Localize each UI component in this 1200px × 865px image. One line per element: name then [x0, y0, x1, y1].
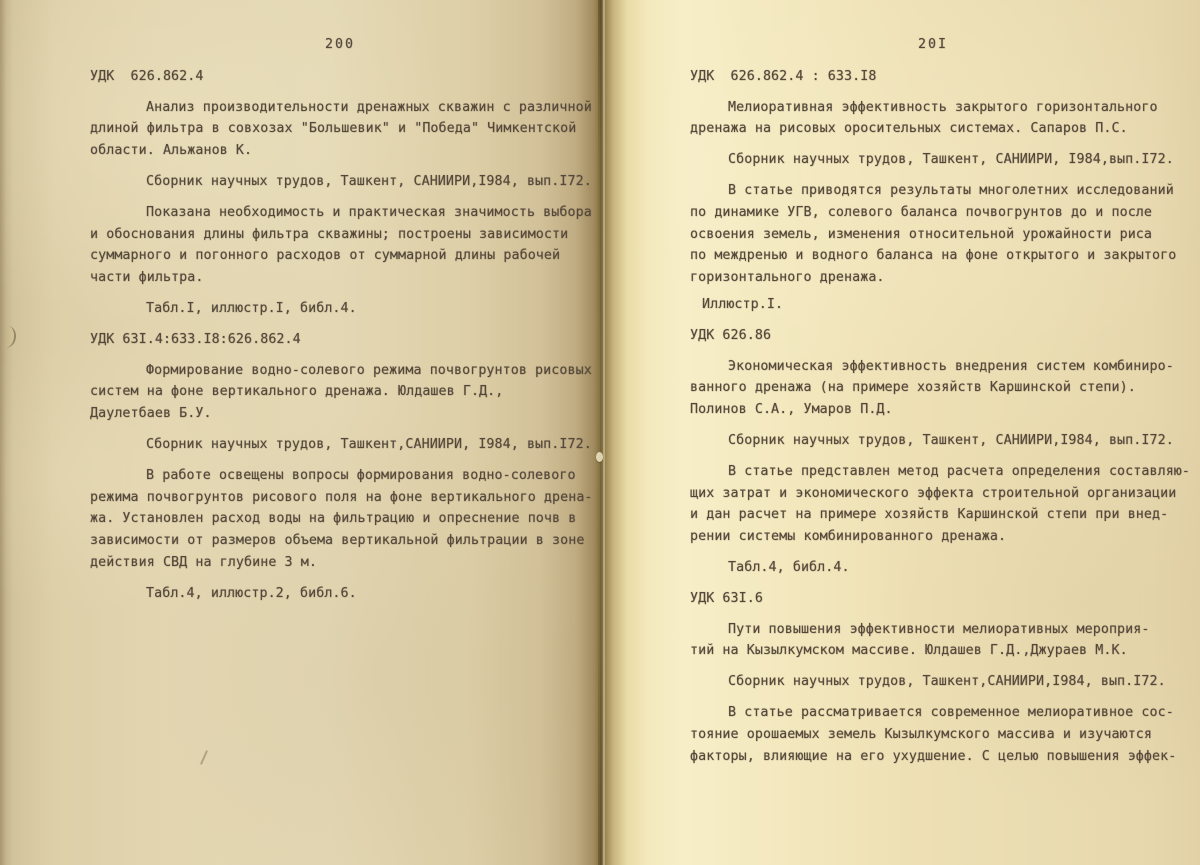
text-block-para: Табл.4, иллюстр.2, библ.6. [90, 583, 590, 605]
text-line: щих затрат и экономического эффекта стро… [690, 483, 1176, 505]
text-line: УДК 626.862.4 [90, 66, 590, 88]
text-block-para: Пути повышения эффективности мелиоративн… [690, 619, 1176, 663]
text-line: В работе освещены вопросы формирования в… [90, 465, 590, 487]
text-line: Показана необходимость и практическая зн… [90, 202, 590, 224]
text-line: освоения земель, изменения относительной… [690, 224, 1176, 246]
text-block-udc: УДК 626.862.4 : 633.I8 [690, 66, 1176, 88]
text-line: Сборник научных трудов, Ташкент, САНИИРИ… [690, 149, 1176, 171]
text-block-udc: УДК 626.86 [690, 325, 1176, 347]
right-page-content: 20I УДК 626.862.4 : 633.I8Мелиоративная … [690, 34, 1176, 776]
text-line: жа. Установлен расход воды на фильтрацию… [90, 508, 590, 530]
text-line: суммарного и погонного расходов от сумма… [90, 245, 590, 267]
text-line: Табл.I, иллюстр.I, библ.4. [90, 298, 590, 320]
text-block-note-small: Иллюстр.I. [690, 294, 1176, 316]
text-line: длиной фильтра в совхозах "Большевик" и … [90, 118, 590, 140]
text-line: зависимости от размеров объема вертикаль… [90, 530, 590, 552]
text-line: Табл.4, библ.4. [690, 557, 1176, 579]
text-line: УДК 63I.6 [690, 588, 1176, 610]
text-line: УДК 626.86 [690, 325, 1176, 347]
text-line: Формирование водно-солевого режима почво… [90, 360, 590, 382]
text-block-udc: УДК 63I.4:633.I8:626.862.4 [90, 329, 590, 351]
text-block-para: Табл.4, библ.4. [690, 557, 1176, 579]
text-line: тий на Кызылкумском массиве. Юлдашев Г.Д… [690, 640, 1176, 662]
left-page-content: 200 УДК 626.862.4Анализ производительнос… [90, 34, 590, 614]
text-block-para: Сборник научных трудов, Ташкент, САНИИРИ… [690, 430, 1176, 452]
text-line: части фильтра. [90, 267, 590, 289]
text-line: В статье представлен метод расчета опред… [690, 461, 1176, 483]
text-line: по динамике УГВ, солевого баланса почвог… [690, 202, 1176, 224]
text-line: по междренью и водного баланса на фоне о… [690, 245, 1176, 267]
text-block-para: Формирование водно-солевого режима почво… [90, 360, 590, 425]
text-block-para: Сборник научных трудов, Ташкент, САНИИРИ… [90, 171, 590, 193]
text-block-para: Мелиоративная эффективность закрытого го… [690, 97, 1176, 141]
text-line: режима почвогрунтов рисового поля на фон… [90, 487, 590, 509]
text-block-para: В статье приводятся результаты многолетн… [690, 180, 1176, 289]
left-page-blocks: УДК 626.862.4Анализ производительности д… [90, 66, 590, 605]
text-block-para: Сборник научных трудов, Ташкент, САНИИРИ… [690, 149, 1176, 171]
text-block-udc: УДК 63I.6 [690, 588, 1176, 610]
book-gutter-highlight [603, 0, 605, 865]
text-block-para: Сборник научных трудов, Ташкент,САНИИРИ,… [690, 671, 1176, 693]
text-block-para: В статье представлен метод расчета опред… [690, 461, 1176, 548]
text-line: горизонтального дренажа. [690, 267, 1176, 289]
text-line: рении системы комбинированного дренажа. [690, 526, 1176, 548]
text-block-para: Анализ производительности дренажных сква… [90, 97, 590, 162]
book-gutter-crease [598, 0, 602, 865]
text-line: УДК 63I.4:633.I8:626.862.4 [90, 329, 590, 351]
text-line: Анализ производительности дренажных сква… [90, 97, 590, 119]
text-line: Сборник научных трудов, Ташкент,САНИИРИ,… [690, 671, 1176, 693]
text-line: В статье рассматривается современное мел… [690, 702, 1176, 724]
text-line: Сборник научных трудов, Ташкент,САНИИРИ,… [90, 434, 590, 456]
text-line: и дан расчет на примере хозяйств Каршинс… [690, 504, 1176, 526]
text-line: области. Альжанов К. [90, 140, 590, 162]
text-line: дренажа на рисовых оросительных системах… [690, 118, 1176, 140]
right-page-blocks: УДК 626.862.4 : 633.I8Мелиоративная эффе… [690, 66, 1176, 768]
text-line: Иллюстр.I. [690, 294, 1176, 316]
text-block-para: В статье рассматривается современное мел… [690, 702, 1176, 767]
text-line: В статье приводятся результаты многолетн… [690, 180, 1176, 202]
text-line: систем на фоне вертикального дренажа. Юл… [90, 381, 590, 403]
text-block-udc: УДК 626.862.4 [90, 66, 590, 88]
text-line: ванного дренажа (на примере хозяйств Кар… [690, 377, 1176, 399]
text-line: УДК 626.862.4 : 633.I8 [690, 66, 1176, 88]
text-line: Табл.4, иллюстр.2, библ.6. [90, 583, 590, 605]
text-line: факторы, влияющие на его ухудшение. С це… [690, 746, 1176, 768]
text-line: действия СВД на глубине 3 м. [90, 552, 590, 574]
text-block-para: Сборник научных трудов, Ташкент,САНИИРИ,… [90, 434, 590, 456]
text-block-para: В работе освещены вопросы формирования в… [90, 465, 590, 574]
text-block-para: Показана необходимость и практическая зн… [90, 202, 590, 289]
text-block-para: Экономическая эффективность внедрения си… [690, 356, 1176, 421]
text-line: и обоснования длины фильтра скважины; по… [90, 224, 590, 246]
text-line: Сборник научных трудов, Ташкент, САНИИРИ… [690, 430, 1176, 452]
text-block-para: Табл.I, иллюстр.I, библ.4. [90, 298, 590, 320]
text-line: Полинов С.А., Умаров П.Д. [690, 399, 1176, 421]
text-line: Даулетбаев Б.У. [90, 403, 590, 425]
text-line: Сборник научных трудов, Ташкент, САНИИРИ… [90, 171, 590, 193]
page-number-right: 20I [690, 34, 1176, 56]
book-spread: 200 УДК 626.862.4Анализ производительнос… [0, 0, 1200, 865]
text-line: Мелиоративная эффективность закрытого го… [690, 97, 1176, 119]
text-line: тояние орошаемых земель Кызылкумского ма… [690, 724, 1176, 746]
page-number-left: 200 [90, 34, 590, 56]
text-line: Экономическая эффективность внедрения си… [690, 356, 1176, 378]
text-line: Пути повышения эффективности мелиоративн… [690, 619, 1176, 641]
